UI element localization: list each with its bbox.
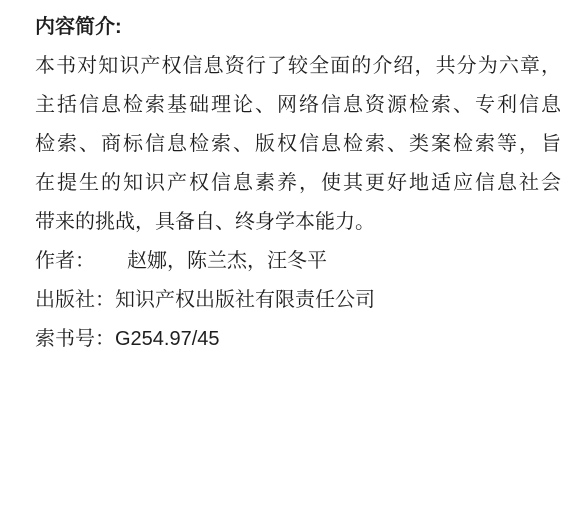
content-summary-heading: 内容简介: [35,8,561,47]
author-value: 赵娜，陈兰杰，汪冬平 [127,242,327,281]
paragraph-line: 本书对知识产权信息资行了较全面的介绍，共分为六章， [35,47,561,86]
call-number-value: G254.97/45 [115,320,220,359]
paragraph-line: 主括信息检索基础理论、网络信息资源检索、专利信息 [35,86,561,125]
paragraph-line: 在提生的知识产权信息素养，使其更好地适应信息社会 [35,164,561,203]
author-field: 作者：赵娜，陈兰杰，汪冬平 [35,242,561,281]
content-summary-paragraph: 本书对知识产权信息资行了较全面的介绍，共分为六章，主括信息检索基础理论、网络信息… [35,47,561,242]
book-detail-page: 内容简介: 本书对知识产权信息资行了较全面的介绍，共分为六章，主括信息检索基础理… [0,0,580,521]
call-number-field: 索书号：G254.97/45 [35,320,561,359]
publisher-label: 出版社： [35,281,115,320]
paragraph-line: 检索、商标信息检索、版权信息检索、类案检索等，旨 [35,125,561,164]
paragraph-line: 带来的挑战，具备自、终身学本能力。 [35,203,561,242]
publisher-value: 知识产权出版社有限责任公司 [115,281,375,320]
publisher-field: 出版社：知识产权出版社有限责任公司 [35,281,561,320]
author-label: 作者： [35,242,95,281]
call-number-label: 索书号： [35,320,115,359]
